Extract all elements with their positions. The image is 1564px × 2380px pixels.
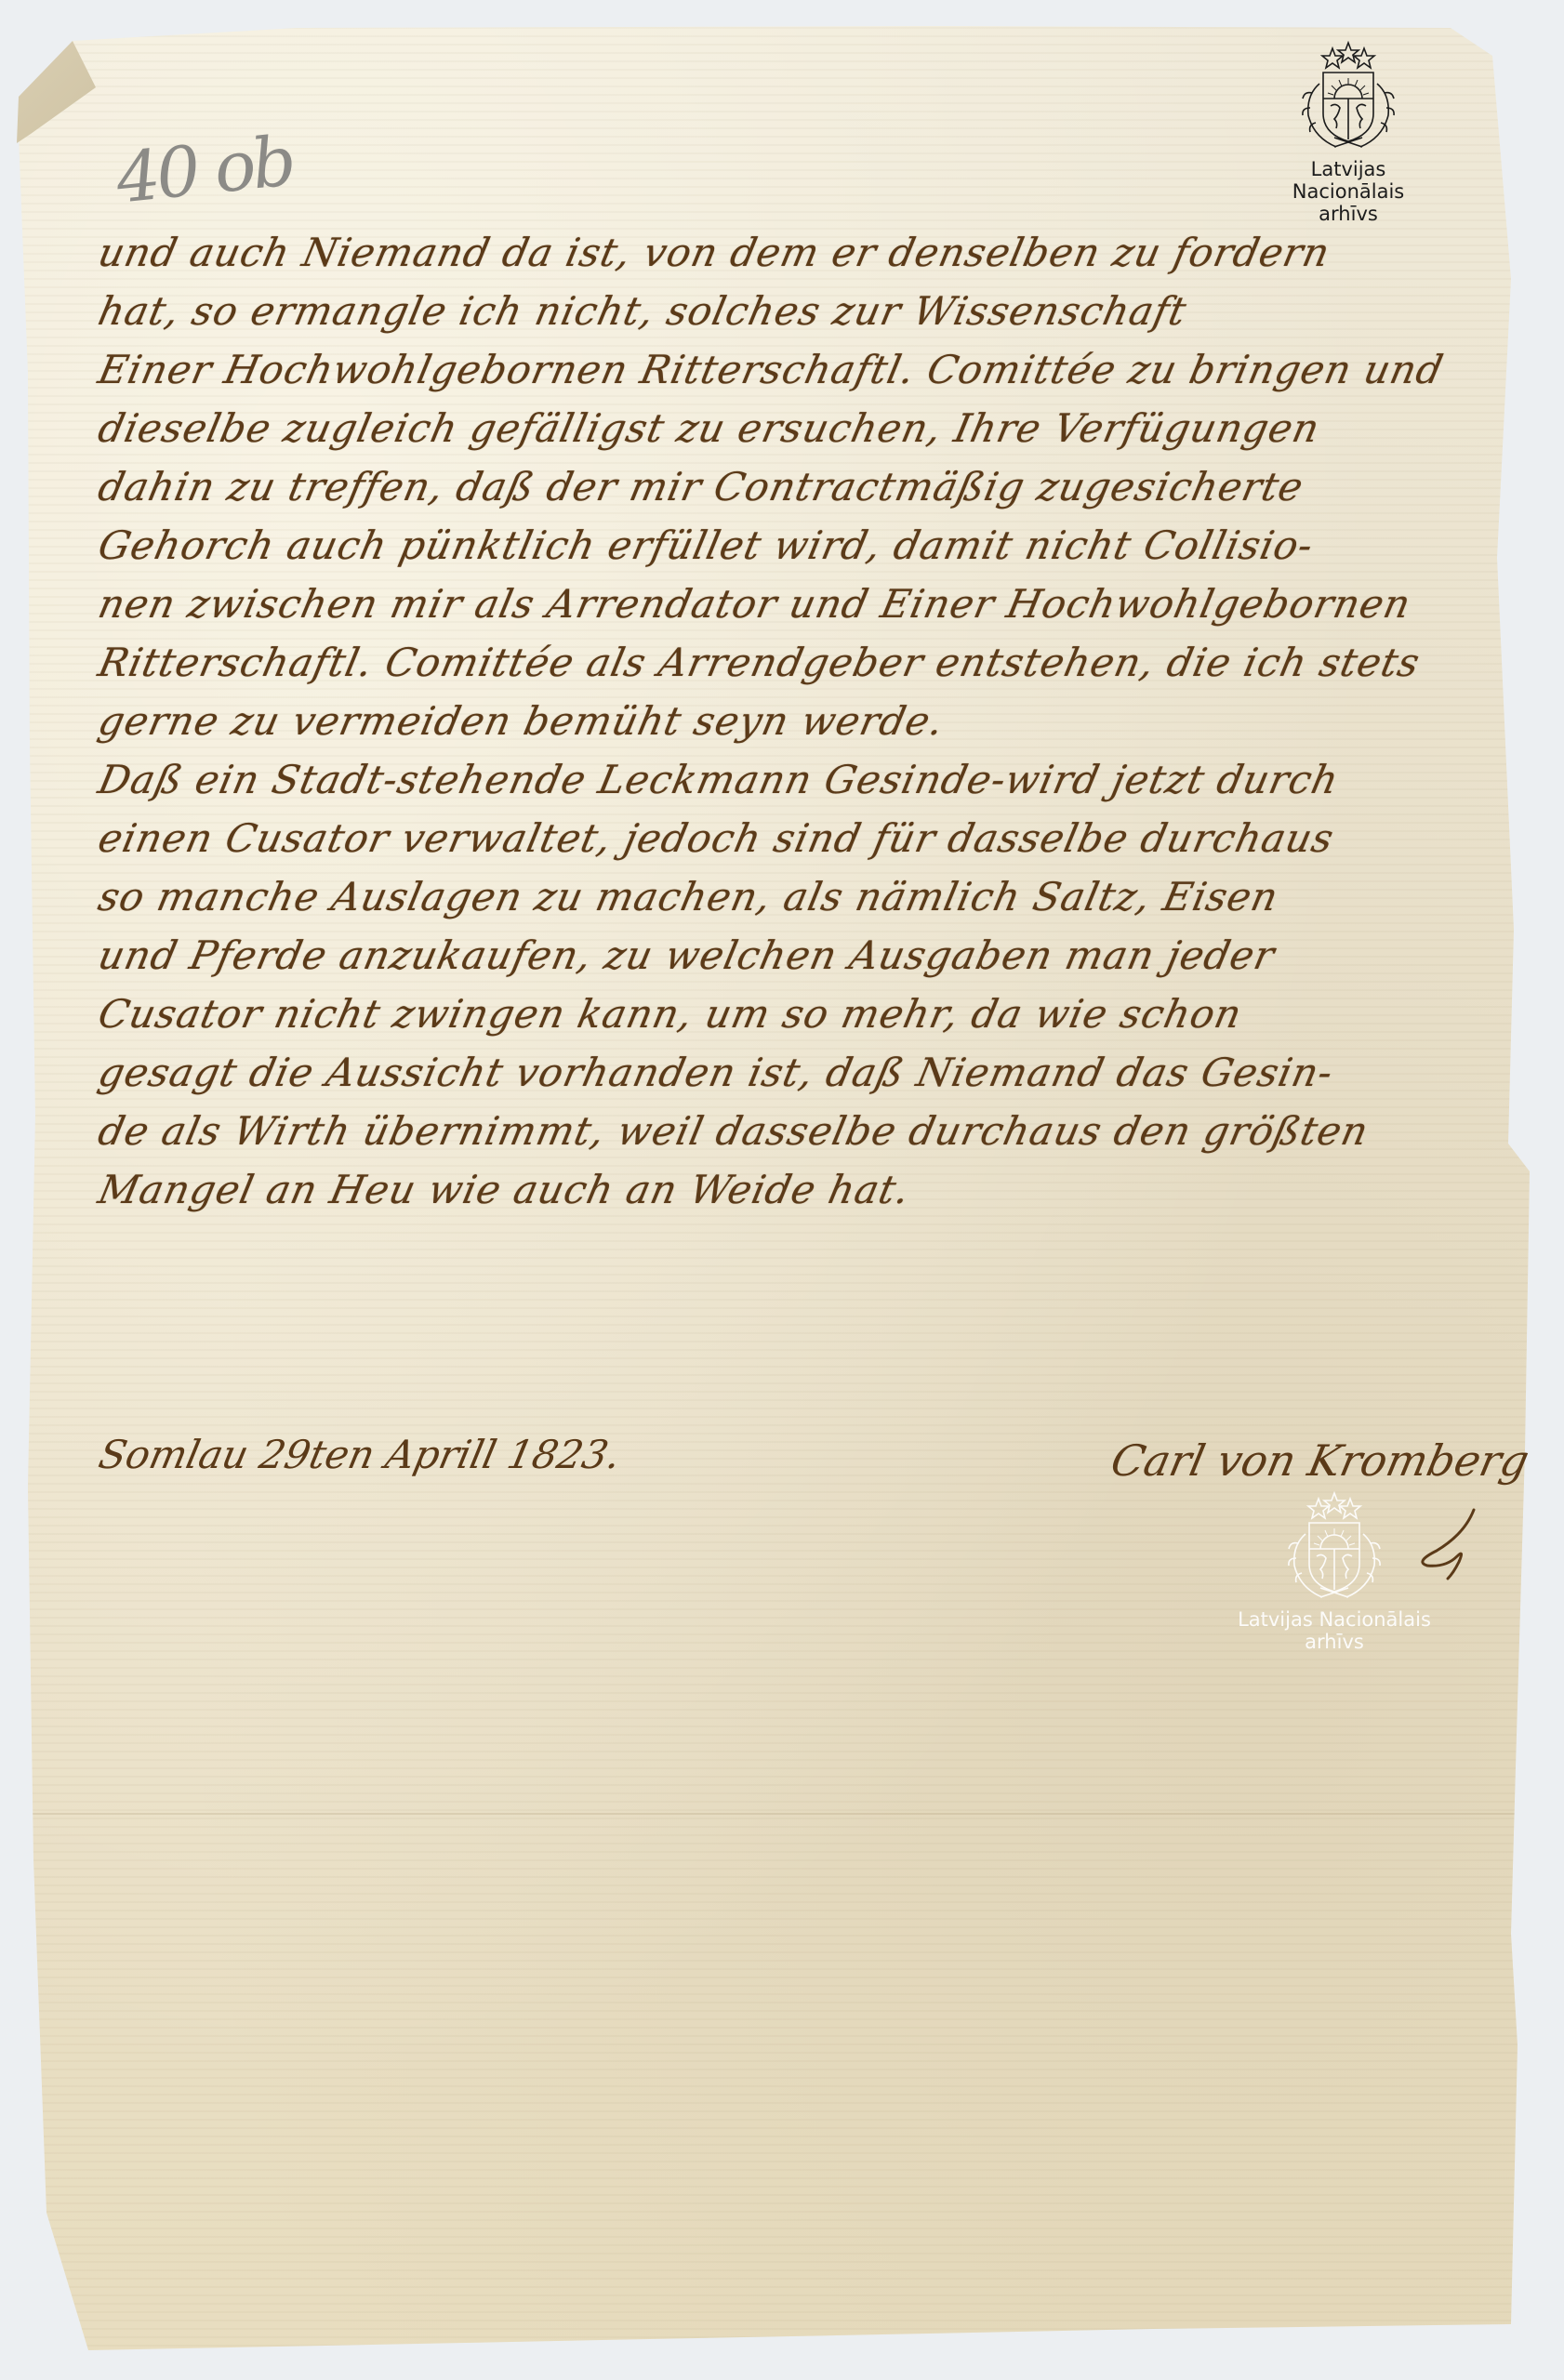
manuscript-line: dahin zu treffen, daß der mir Contractmä…: [93, 457, 1518, 516]
signature: Carl von Kromberg: [1107, 1435, 1533, 1486]
manuscript-line: hat, so ermangle ich nicht, solches zur …: [93, 282, 1518, 340]
archive-watermark-bottom: Latvijas Nacionālais arhīvs: [1223, 1487, 1446, 1653]
manuscript-line: einen Cusator verwaltet, jedoch sind für…: [93, 809, 1518, 867]
manuscript-line: Mangel an Heu wie auch an Weide hat.: [93, 1160, 1518, 1219]
letter-date: Somlau 29ten Aprill 1823.: [95, 1432, 625, 1477]
manuscript-line: nen zwischen mir als Arrendator und Eine…: [93, 575, 1518, 633]
manuscript-body: und auch Niemand da ist, von dem er dens…: [93, 223, 1506, 1219]
latvia-coat-of-arms-icon: [1288, 37, 1409, 158]
manuscript-line: gerne zu vermeiden bemüht seyn werde.: [93, 692, 1518, 750]
manuscript-line: und Pferde anzukaufen, zu welchen Ausgab…: [93, 926, 1518, 985]
manuscript-line: Cusator nicht zwingen kann, um so mehr, …: [93, 985, 1518, 1043]
manuscript-line: und auch Niemand da ist, von dem er dens…: [93, 223, 1518, 282]
watermark-title: Latvijas Nacionālais: [1255, 158, 1441, 203]
manuscript-line: Einer Hochwohlgebornen Ritterschaftl. Co…: [93, 340, 1518, 399]
latvia-coat-of-arms-icon: [1274, 1487, 1395, 1608]
watermark-subtitle: arhīvs: [1223, 1631, 1446, 1653]
manuscript-line: Ritterschaftl. Comittée als Arrendgeber …: [93, 633, 1518, 692]
manuscript-line: Daß ein Stadt-stehende Leckmann Gesinde-…: [93, 750, 1518, 809]
watermark-title: Latvijas Nacionālais: [1223, 1608, 1446, 1631]
manuscript-line: gesagt die Aussicht vorhanden ist, daß N…: [93, 1043, 1518, 1102]
watermark-subtitle: arhīvs: [1255, 203, 1441, 225]
manuscript-line: de als Wirth übernimmt, weil dasselbe du…: [93, 1102, 1518, 1160]
manuscript-line: Gehorch auch pünktlich erfüllet wird, da…: [93, 516, 1518, 575]
manuscript-line: so manche Auslagen zu machen, als nämlic…: [93, 867, 1518, 926]
scanned-document: 40 ob Latvijas Nacionālais arhīvs: [0, 0, 1564, 2380]
manuscript-line: dieselbe zugleich gefälligst zu ersuchen…: [93, 399, 1518, 457]
archive-watermark-top: Latvijas Nacionālais arhīvs: [1255, 37, 1441, 225]
